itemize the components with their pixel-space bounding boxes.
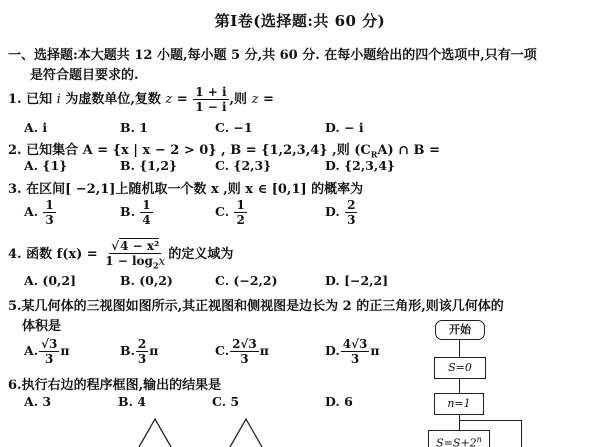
flowchart-step-n-init: n=1 — [434, 393, 484, 415]
flowchart-arrow — [459, 340, 460, 357]
flowchart-arrow — [459, 379, 460, 393]
front-view-triangle — [139, 419, 171, 447]
three-view-diagram — [0, 0, 600, 447]
flowchart-loop-line — [521, 420, 522, 447]
flowchart-step-accumulate: S=S+2n — [428, 430, 490, 447]
flowchart-start: 开始 — [435, 320, 485, 340]
side-view-triangle — [230, 419, 262, 447]
flowchart-arrow — [459, 415, 460, 430]
flowchart-loop-line — [459, 420, 522, 421]
flowchart-step-s-init: S=0 — [434, 357, 486, 379]
